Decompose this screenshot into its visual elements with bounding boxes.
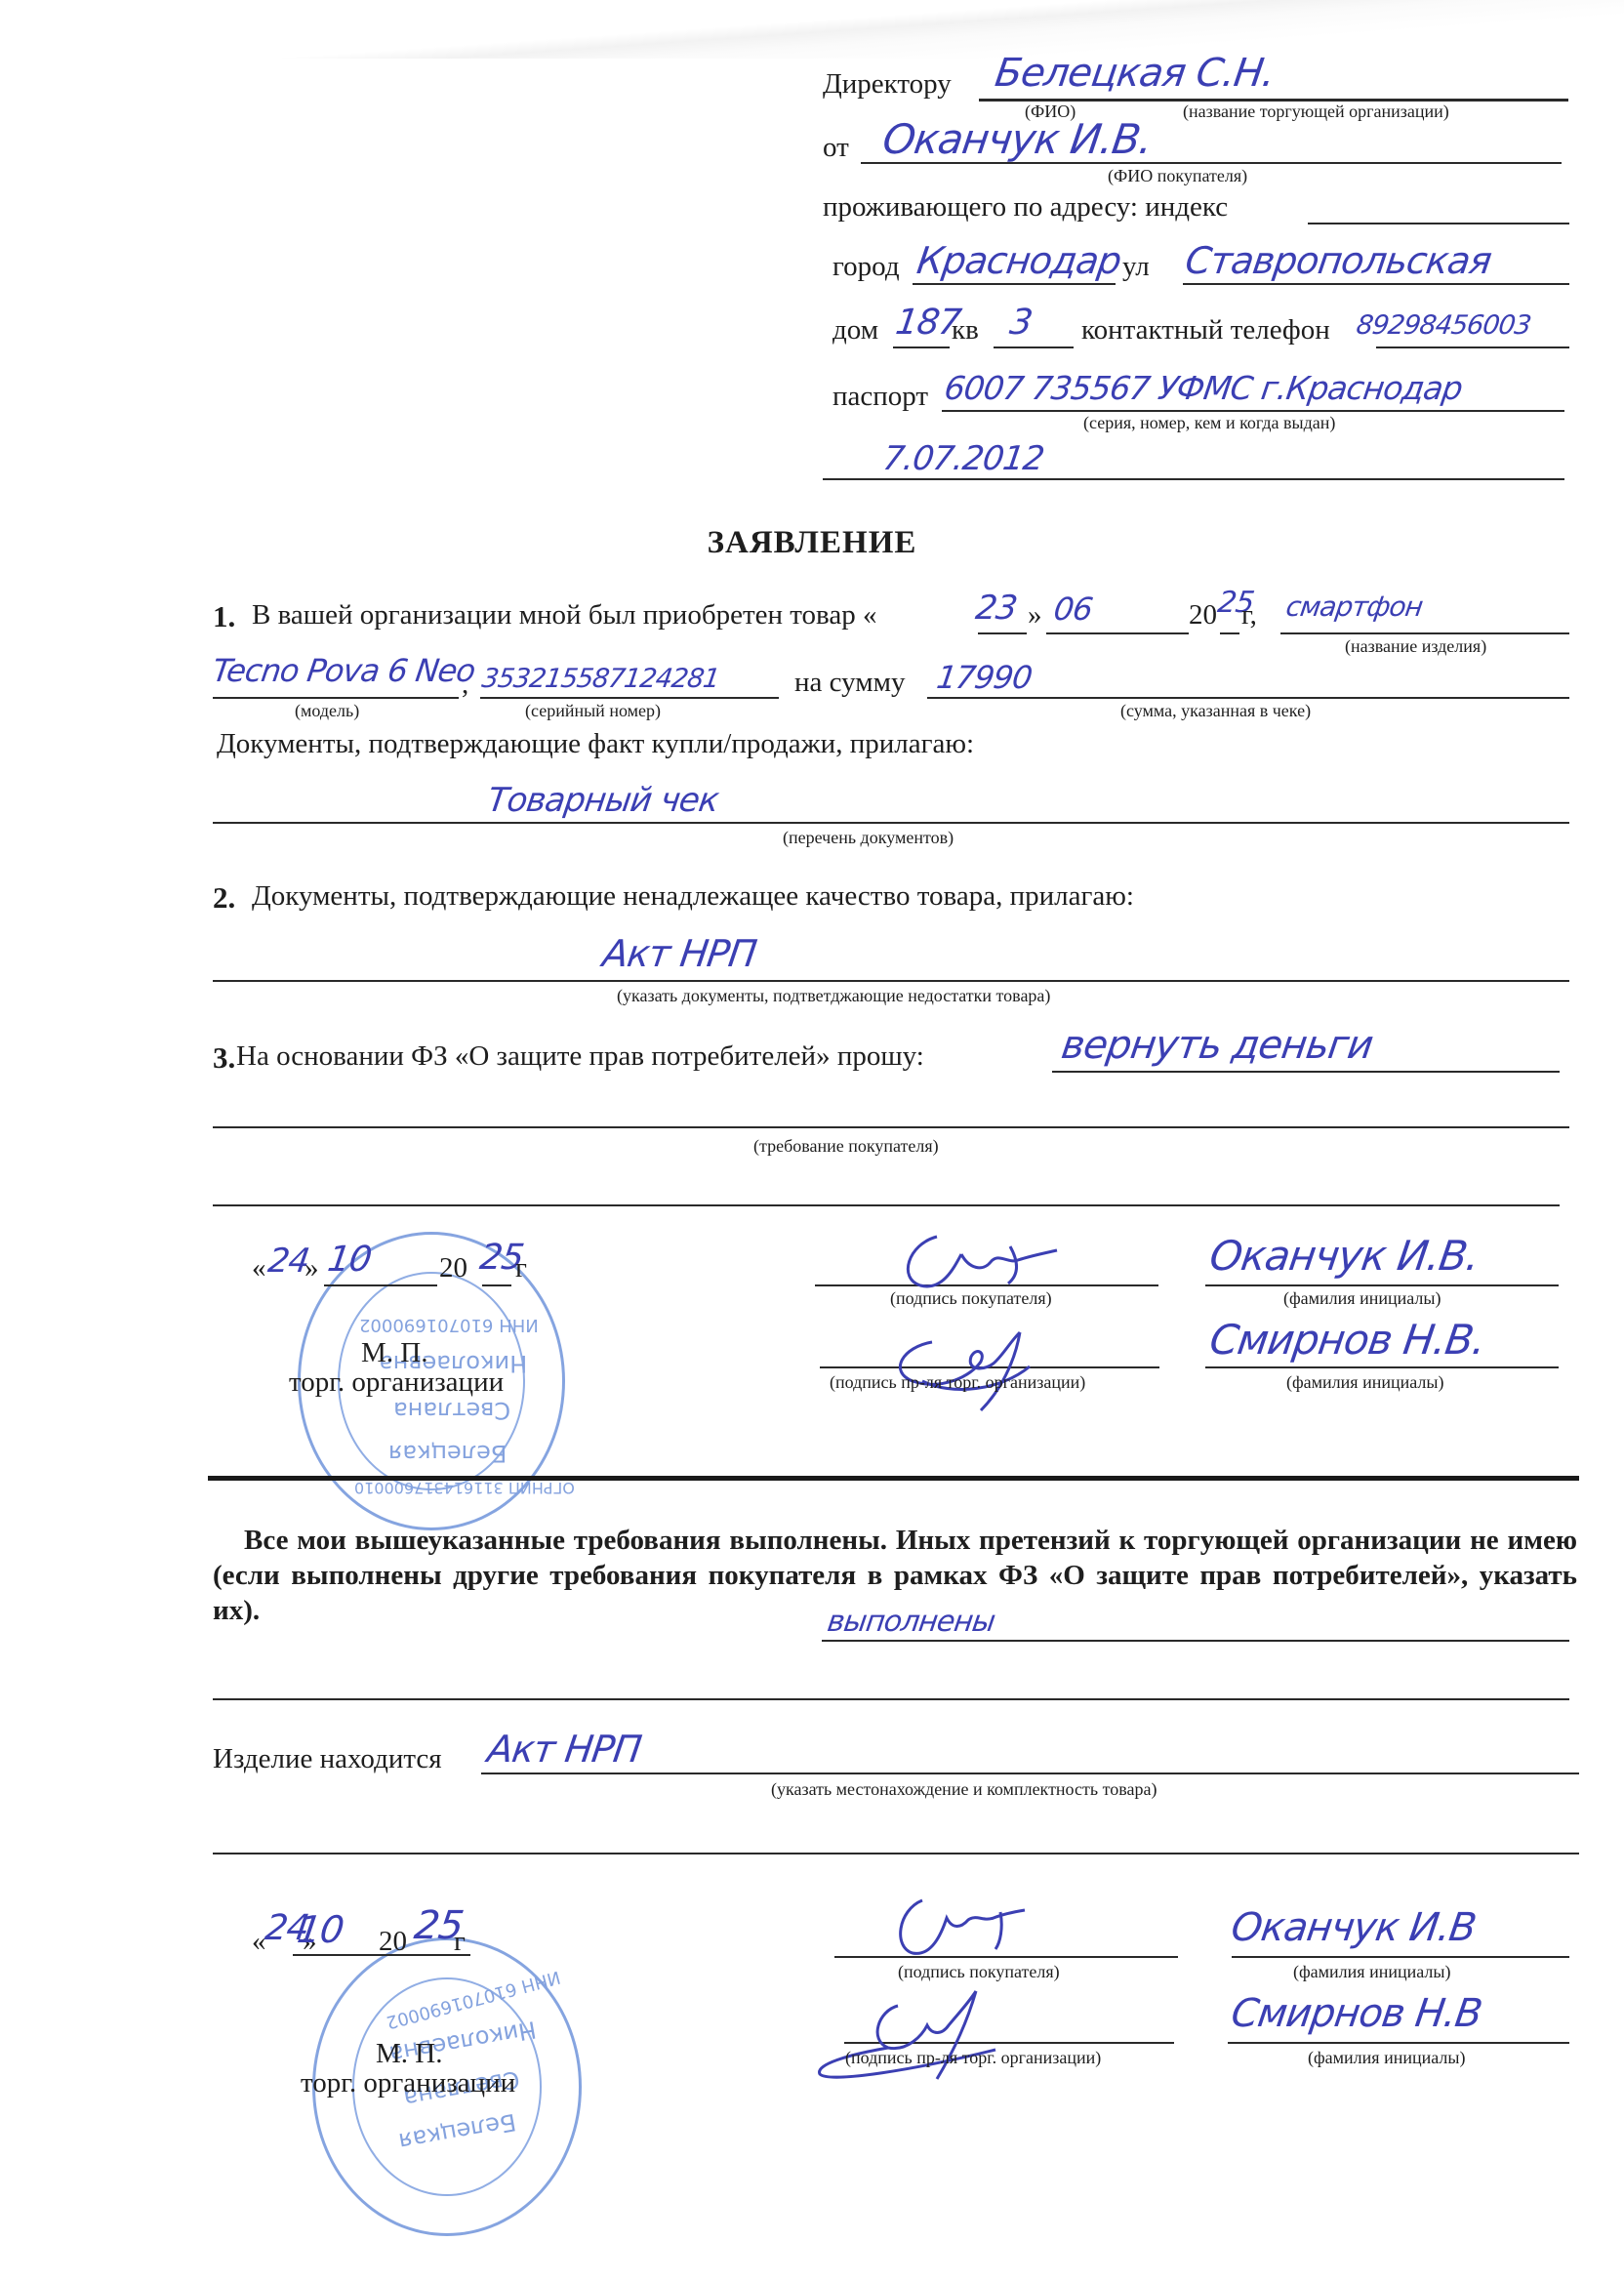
flat-label: кв [952, 314, 979, 346]
sum-line [927, 697, 1569, 699]
buyer-name-line-2 [1232, 1956, 1569, 1958]
section-1-text: В вашей организации мной был приобретен … [252, 599, 877, 632]
seller-name-line-1 [1205, 1366, 1559, 1368]
street-label: ул [1122, 251, 1150, 283]
passport-date[interactable]: 7.07.2012 [880, 439, 1046, 478]
house-field-line [893, 346, 950, 348]
sum-value[interactable]: 17990 [934, 659, 1034, 696]
docs-line [213, 822, 1569, 824]
signoff-1-mp: М. П. [361, 1337, 427, 1369]
phone-label: контактный телефон [1081, 314, 1330, 346]
stamp-ogrnip: ОГРНИП 311614317600010 [354, 1479, 575, 1497]
from-hint: (ФИО покупателя) [1108, 166, 1247, 186]
section-divider [208, 1476, 1579, 1481]
seller-name-hint-2: (фамилия инициалы) [1308, 2048, 1465, 2068]
phone-value[interactable]: 89298456003 [1355, 310, 1532, 341]
passport-label: паспорт [832, 381, 928, 413]
seller-name-1[interactable]: Смирнов Н.В. [1207, 1316, 1488, 1364]
city-value[interactable]: Краснодар [914, 239, 1123, 282]
buyer-name-1[interactable]: Оканчук И.В. [1207, 1232, 1482, 1280]
signoff-1-month-line [324, 1284, 437, 1286]
seller-signature-1 [883, 1303, 1059, 1420]
signoff-1-year-prefix: 20 [439, 1252, 467, 1284]
section-1-number: 1. [213, 599, 235, 634]
section-3-line-2 [213, 1126, 1569, 1128]
seller-name-line-2 [1228, 2042, 1569, 2044]
section-3-text: На основании ФЗ «О защите прав потребите… [236, 1040, 924, 1073]
closing-value-line [822, 1640, 1569, 1642]
product-hint: (название изделия) [1345, 636, 1486, 657]
location-label: Изделие находится [213, 1743, 442, 1775]
docs-label: Документы, подтверждающие факт купли/про… [217, 728, 974, 760]
section-3-line [1052, 1071, 1560, 1073]
passport-hint: (серия, номер, кем и когда выдан) [1083, 413, 1335, 433]
to-label: Директору [823, 68, 952, 101]
section-2-hint: (указать документы, подтветджающие недос… [617, 986, 1050, 1006]
passport-field-line-2 [823, 478, 1564, 480]
model-line [213, 697, 459, 699]
passport-field-line [942, 410, 1564, 412]
section-3-hint: (требование покупателя) [753, 1136, 939, 1157]
purchase-day[interactable]: 23 [973, 589, 1019, 628]
stamp-inn: ИНН 610701690002 [359, 1315, 539, 1335]
purchase-year-unit: г, [1241, 599, 1257, 632]
location-line [481, 1773, 1579, 1774]
section-3-line-3 [213, 1204, 1560, 1206]
signoff-2-mp: М. П. [376, 2038, 442, 2070]
seller-sign-hint-1: (подпись пр-ля торг. организации) [830, 1372, 1085, 1393]
buyer-name-hint-1: (фамилия инициалы) [1283, 1288, 1441, 1309]
flat-value[interactable]: 3 [1007, 303, 1035, 343]
section-2-value[interactable]: Акт НРП [600, 932, 758, 975]
signoff-2-month-line [293, 1954, 429, 1956]
to-value[interactable]: Белецкая С.Н. [993, 51, 1278, 96]
seller-signature-2 [800, 1972, 1035, 2089]
serial-line [480, 697, 779, 699]
location-hint: (указать местонахождение и комплектность… [771, 1779, 1157, 1800]
docs-value[interactable]: Товарный чек [485, 781, 720, 820]
street-field-line [1183, 283, 1569, 285]
model-value[interactable]: Tecno Pova 6 Neo [210, 652, 477, 689]
signoff-2-year-prefix: 20 [379, 1926, 407, 1958]
house-label: дом [832, 314, 878, 346]
purchase-day-close: » [1028, 599, 1042, 632]
seller-name-hint-1: (фамилия инициалы) [1286, 1372, 1443, 1393]
signoff-1-date-open: « [252, 1252, 266, 1284]
seller-sign-hint-2: (подпись пр-ля торг. организации) [845, 2048, 1101, 2068]
signoff-1-org: торг. организации [289, 1366, 504, 1399]
stamp-name-2: Светлана [393, 1397, 510, 1424]
signoff-2-org: торг. организации [301, 2067, 515, 2099]
serial-hint: (серийный номер) [525, 701, 661, 721]
to-hint-org: (название торгующей организации) [1183, 102, 1449, 122]
closing-line-2 [213, 1698, 1569, 1700]
purchase-year-line [1220, 632, 1239, 634]
section-2-number: 2. [213, 880, 235, 916]
address-label: проживающего по адресу: индекс [823, 191, 1228, 224]
scan-fold-shadow [0, 0, 1624, 59]
signoff-1-year-line [482, 1284, 511, 1286]
signoff-1-date-close: » [304, 1252, 319, 1284]
section-3-value[interactable]: вернуть деньги [1059, 1023, 1375, 1068]
docs-hint: (перечень документов) [783, 828, 954, 848]
buyer-name-line-1 [1205, 1284, 1559, 1286]
product-name[interactable]: смартфон [1284, 591, 1425, 623]
buyer-signature-2 [888, 1889, 1035, 1967]
passport-value[interactable]: 6007 735567 УФМС г.Краснодар [942, 369, 1464, 407]
serial-value[interactable]: 353215587124281 [480, 664, 721, 694]
buyer-name-hint-2: (фамилия инициалы) [1293, 1962, 1450, 1982]
purchase-month-line [1046, 632, 1189, 634]
phone-field-line [1376, 346, 1569, 348]
from-label: от [823, 132, 849, 164]
purchase-day-line [978, 632, 1027, 634]
index-field-line [1308, 223, 1569, 224]
product-name-line [1280, 632, 1569, 634]
purchase-year-prefix: 20 [1189, 599, 1217, 632]
buyer-name-2[interactable]: Оканчук И.В [1229, 1905, 1479, 1950]
section-2-text: Документы, подтверждающие ненадлежащее к… [252, 880, 1134, 913]
model-comma: , [462, 669, 468, 701]
city-label: город [832, 251, 900, 283]
location-value[interactable]: Акт НРП [485, 1728, 643, 1771]
flat-field-line [994, 346, 1074, 348]
from-value[interactable]: Оканчук И.В. [880, 115, 1156, 163]
sum-hint: (сумма, указанная в чеке) [1120, 701, 1311, 721]
signoff-2-month[interactable]: 10 [295, 1908, 346, 1951]
street-value[interactable]: Ставропольская [1183, 239, 1494, 282]
signoff-1-year-unit: г [515, 1252, 527, 1284]
document-title: ЗАЯВЛЕНИЕ [0, 525, 1624, 561]
section-3-number: 3. [213, 1040, 235, 1076]
signoff-1-month[interactable]: 10 [325, 1240, 374, 1280]
signoff-2-year-unit: г [454, 1926, 466, 1958]
closing-value[interactable]: выполнены [826, 1605, 997, 1639]
purchase-month[interactable]: 06 [1051, 591, 1094, 628]
model-hint: (модель) [295, 701, 359, 721]
sum-label: на сумму [794, 667, 905, 699]
city-field-line [913, 283, 1116, 285]
seller-name-2[interactable]: Смирнов Н.В [1229, 1991, 1484, 2036]
section-2-line [213, 980, 1569, 982]
stamp-name-1: Белецкая [388, 1440, 507, 1467]
location-line-2 [213, 1853, 1579, 1854]
